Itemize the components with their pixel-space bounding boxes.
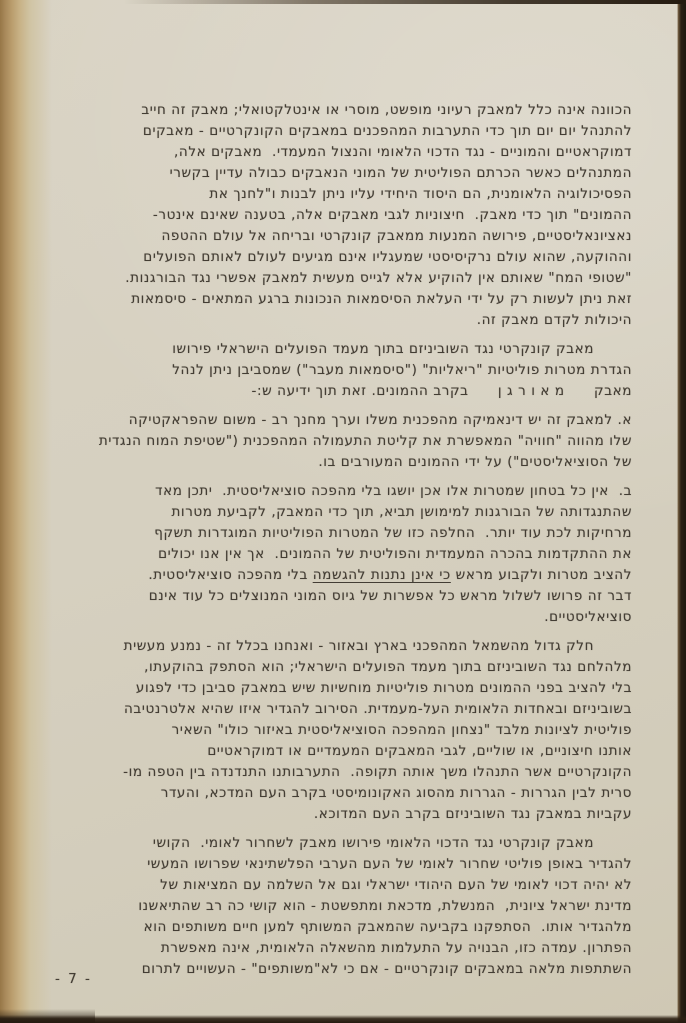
- text-line: הכוונה אינה כלל למאבק רעיוני מופשט, מוסר…: [72, 100, 632, 121]
- text-segment: של הסוציאליסטים") על ידי ההמונים המעורבי…: [318, 454, 632, 470]
- text-line: היכולות לקדם מאבק זה.: [72, 310, 632, 331]
- text-segment: עקביות במאבק נגד השוביניזם בקרב העם המדו…: [314, 806, 632, 822]
- text-line: ב. אין כל בטחון שמטרות אלו אכן יושגו בלי…: [72, 481, 632, 502]
- text-segment: מלהלחם נגד השוביניזם בתוך מעמד הפועלים ה…: [144, 659, 632, 675]
- text-line: להגדיר באופן פוליטי שחרור לאומי של העם ה…: [72, 854, 632, 875]
- text-segment: "שטופי המח" שאותם אין להוקיע אלא לגייס מ…: [125, 270, 632, 286]
- text-segment: היכולות לקדם מאבק זה.: [477, 312, 632, 328]
- text-line: ההמונים" תוך כדי מאבק. חיצוניות לגבי מאב…: [72, 205, 632, 226]
- page-bottom-left-corner-shadow: [0, 1009, 95, 1023]
- text-segment: להתנהל יום יום תוך כדי התערבות המהפכנים …: [143, 123, 632, 139]
- text-segment: מדינת ישראל ציונית, המנשלת, מדכאת ומתפשט…: [138, 898, 632, 914]
- text-line: זאת ניתן לעשות רק על ידי העלאת הסיסמאות …: [72, 289, 632, 310]
- text-segment: פוליטית לציונות מלבד "נצחון המהפכה הסוצי…: [172, 722, 632, 738]
- text-segment: שלו מהווה "חוויה" המאפשרת את קליטת התעמו…: [99, 433, 632, 449]
- text-line: אותנו חיצוניים, או שוליים, לגבי המאבקים …: [72, 741, 632, 762]
- text-line: דבר זה פרושו לשלול מראש כל אפשרות של גיו…: [72, 586, 632, 607]
- text-line: לא יהיה דכוי לאומי של העם היהודי ישראלי …: [72, 875, 632, 896]
- text-segment: הפסיכולוגיה הלאומנית, הם היסוד היחידי על…: [209, 186, 632, 202]
- page-top-edge-shadow: [0, 0, 686, 4]
- text-line: מדינת ישראל ציונית, המנשלת, מדכאת ומתפשט…: [72, 896, 632, 917]
- text-line: להציב מטרות ולקבוע מראש כי אינן נתנות לה…: [72, 565, 632, 586]
- paragraph: ב. אין כל בטחון שמטרות אלו אכן יושגו בלי…: [72, 481, 632, 628]
- text-segment: דמוקראטיים והמוניים - נגד הדכוי הלאומי ו…: [174, 144, 632, 160]
- text-line: הגדרת מטרות פוליטיות "ריאליות" ("סיסמאות…: [72, 360, 632, 381]
- text-segment: בלי להציב בפני ההמונים מטרות פוליטיות מו…: [136, 680, 632, 696]
- text-line: עקביות במאבק נגד השוביניזם בקרב העם המדו…: [72, 804, 632, 825]
- text-line: בשוביניזם ובאחדות הלאומית העל-מעמדית. הס…: [72, 699, 632, 720]
- text-line: של הסוציאליסטים") על ידי ההמונים המעורבי…: [72, 452, 632, 473]
- text-line: חלק גדול מהשמאל המהפכני בארץ ובאזור - וא…: [72, 636, 632, 657]
- text-segment: ב. אין כל בטחון שמטרות אלו אכן יושגו בלי…: [155, 483, 632, 499]
- text-segment: נאציונאליסטיים, פירושה המנעות ממאבק קונק…: [161, 228, 632, 244]
- text-segment: סרית לבין הגררות - הגררות מהסוג האקונומי…: [161, 785, 632, 801]
- text-segment: לא יהיה דכוי לאומי של העם היהודי ישראלי …: [160, 877, 632, 893]
- text-line: מאבק מ א ו ר ג ן בקרב ההמונים. זאת תוך י…: [72, 381, 632, 402]
- text-segment: זאת ניתן לעשות רק על ידי העלאת הסיסמאות …: [131, 291, 632, 307]
- text-segment: ההמונים" תוך כדי מאבק. חיצוניות לגבי מאב…: [153, 207, 632, 223]
- text-line: שלו מהווה "חוויה" המאפשרת את קליטת התעמו…: [72, 431, 632, 452]
- text-line: נאציונאליסטיים, פירושה המנעות ממאבק קונק…: [72, 226, 632, 247]
- text-segment: הקונקרטיים אשר התנהלו משך אותה תקופה. הת…: [123, 764, 632, 780]
- text-segment: מרחיקות לכת עוד יותר. החלפה כזו של המטרו…: [154, 525, 632, 541]
- text-segment: מלהגדיר אותו. הסתפקנו בקביעה שהמאבק המשו…: [144, 919, 632, 935]
- text-segment: מאבק מ א ו ר ג ן בקרב ההמונים. זאת תוך י…: [251, 383, 632, 399]
- text-line: מלהלחם נגד השוביניזם בתוך מעמד הפועלים ה…: [72, 657, 632, 678]
- text-line: סרית לבין הגררות - הגררות מהסוג האקונומי…: [72, 783, 632, 804]
- text-line: "שטופי המח" שאותם אין להוקיע אלא לגייס מ…: [72, 268, 632, 289]
- text-line: להתנהל יום יום תוך כדי התערבות המהפכנים …: [72, 121, 632, 142]
- text-line: מלהגדיר אותו. הסתפקנו בקביעה שהמאבק המשו…: [72, 917, 632, 938]
- text-segment: המתנהלים כאשר הכרתם הפוליטית של המוני הנ…: [170, 165, 632, 181]
- text-segment: מאבק קונקרטי נגד הדכוי הלאומי פירושו מאב…: [153, 835, 594, 851]
- text-line: הפתרון. עמדה כזו, הבנויה על התעלמות מהשא…: [72, 938, 632, 959]
- page-text: הכוונה אינה כלל למאבק רעיוני מופשט, מוסר…: [72, 100, 632, 988]
- text-segment: א. למאבק זה יש דינאמיקה מהפכנית משלו וער…: [129, 412, 632, 428]
- text-line: הפסיכולוגיה הלאומנית, הם היסוד היחידי על…: [72, 184, 632, 205]
- text-segment: סוציאליסטיים.: [544, 609, 632, 625]
- paragraph: חלק גדול מהשמאל המהפכני בארץ ובאזור - וא…: [72, 636, 632, 825]
- text-segment: אותנו חיצוניים, או שוליים, לגבי המאבקים …: [207, 743, 632, 759]
- paragraph: הכוונה אינה כלל למאבק רעיוני מופשט, מוסר…: [72, 100, 632, 331]
- text-line: מרחיקות לכת עוד יותר. החלפה כזו של המטרו…: [72, 523, 632, 544]
- text-segment: חלק גדול מהשמאל המהפכני בארץ ובאזור - וא…: [124, 638, 594, 654]
- text-line: בלי להציב בפני ההמונים מטרות פוליטיות מו…: [72, 678, 632, 699]
- text-line: המתנהלים כאשר הכרתם הפוליטית של המוני הנ…: [72, 163, 632, 184]
- paragraph: מאבק קונקרטי נגד השוביניזם בתוך מעמד הפו…: [72, 339, 632, 402]
- text-segment: וההוקעה, שהוא עולם נרקיסיסטי שמעגליו אינ…: [143, 249, 632, 265]
- paragraph: א. למאבק זה יש דינאמיקה מהפכנית משלו וער…: [72, 410, 632, 473]
- text-segment: שהתנגדותה של הבורגנות למימושן תביא, תוך …: [171, 504, 632, 520]
- text-segment: בלי מהפכה סוציאליסטית.: [148, 567, 312, 583]
- text-line: מאבק קונקרטי נגד הדכוי הלאומי פירושו מאב…: [72, 833, 632, 854]
- text-line: השתתפות מלאה במאבקים קונקרטיים - אם כי ל…: [72, 959, 632, 980]
- underlined-text: כי אינן נתנות להגשמה: [313, 567, 451, 583]
- text-line: וההוקעה, שהוא עולם נרקיסיסטי שמעגליו אינ…: [72, 247, 632, 268]
- text-segment: דבר זה פרושו לשלול מראש כל אפשרות של גיו…: [149, 588, 632, 604]
- text-segment: את ההתקדמות בהכרה המעמדית והפוליטית של ה…: [158, 546, 632, 562]
- text-segment: מאבק קונקרטי נגד השוביניזם בתוך מעמד הפו…: [172, 341, 594, 357]
- text-line: פוליטית לציונות מלבד "נצחון המהפכה הסוצי…: [72, 720, 632, 741]
- text-line: א. למאבק זה יש דינאמיקה מהפכנית משלו וער…: [72, 410, 632, 431]
- document-page: הכוונה אינה כלל למאבק רעיוני מופשט, מוסר…: [0, 0, 686, 1023]
- text-line: את ההתקדמות בהכרה המעמדית והפוליטית של ה…: [72, 544, 632, 565]
- text-line: סוציאליסטיים.: [72, 607, 632, 628]
- text-line: מאבק קונקרטי נגד השוביניזם בתוך מעמד הפו…: [72, 339, 632, 360]
- text-line: הקונקרטיים אשר התנהלו משך אותה תקופה. הת…: [72, 762, 632, 783]
- text-segment: להגדיר באופן פוליטי שחרור לאומי של העם ה…: [147, 856, 632, 872]
- text-line: שהתנגדותה של הבורגנות למימושן תביא, תוך …: [72, 502, 632, 523]
- text-segment: הפתרון. עמדה כזו, הבנויה על התעלמות מהשא…: [161, 940, 632, 956]
- page-right-edge-shadow: [677, 0, 686, 1023]
- page-number: - 7 -: [55, 971, 92, 987]
- text-segment: הכוונה אינה כלל למאבק רעיוני מופשט, מוסר…: [141, 102, 632, 118]
- paragraph: מאבק קונקרטי נגד הדכוי הלאומי פירושו מאב…: [72, 833, 632, 980]
- text-line: דמוקראטיים והמוניים - נגד הדכוי הלאומי ו…: [72, 142, 632, 163]
- text-segment: להציב מטרות ולקבוע מראש: [451, 567, 632, 583]
- text-segment: בשוביניזם ובאחדות הלאומית העל-מעמדית. הס…: [124, 701, 632, 717]
- page-left-edge-shadow: [0, 0, 52, 1023]
- page-bottom-edge-shadow: [0, 1015, 686, 1023]
- text-segment: השתתפות מלאה במאבקים קונקרטיים - אם כי ל…: [142, 961, 632, 977]
- text-segment: הגדרת מטרות פוליטיות "ריאליות" ("סיסמאות…: [172, 362, 632, 378]
